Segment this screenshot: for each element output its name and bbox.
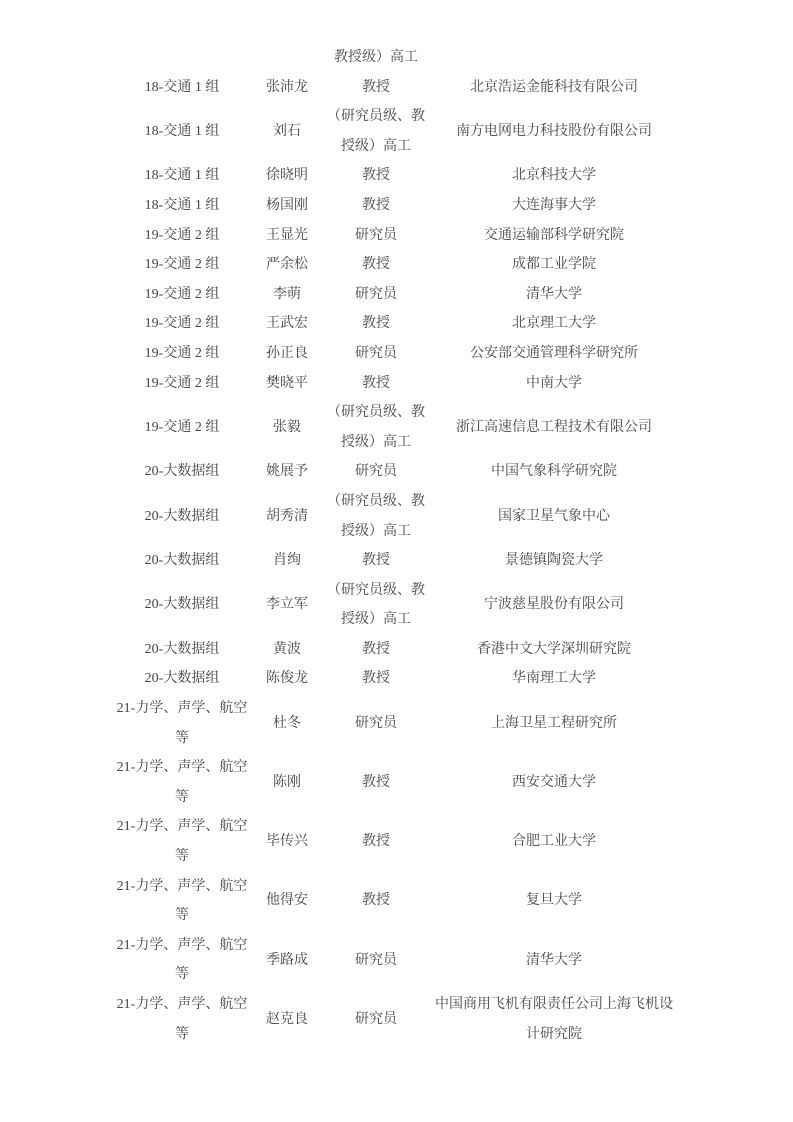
title-cell: 教授 (323, 635, 429, 665)
title-cell: 研究员 (323, 221, 429, 251)
name-cell: 陈俊龙 (251, 664, 323, 694)
org-cell: 中南大学 (429, 369, 679, 399)
org-cell: 华南理工大学 (429, 664, 679, 694)
org-cell: 西安交通大学 (429, 753, 679, 812)
table-row: 21-力学、声学、航空等季路成研究员清华大学 (113, 931, 679, 990)
document-page: 教授级）高工18-交通 1 组张沛龙教授北京浩运金能科技有限公司18-交通 1 … (0, 0, 793, 1122)
group-cell: 20-大数据组 (113, 664, 251, 694)
org-cell: 北京浩运金能科技有限公司 (429, 73, 679, 103)
title-cell: 研究员 (323, 339, 429, 369)
table-row: 18-交通 1 组刘石（研究员级、教授级）高工南方电网电力科技股份有限公司 (113, 102, 679, 161)
group-cell: 21-力学、声学、航空等 (113, 931, 251, 990)
title-cell: 研究员 (323, 457, 429, 487)
group-cell: 18-交通 1 组 (113, 102, 251, 161)
table-row: 20-大数据组陈俊龙教授华南理工大学 (113, 664, 679, 694)
org-cell: 交通运输部科学研究院 (429, 221, 679, 251)
name-cell: 孙正良 (251, 339, 323, 369)
group-cell: 20-大数据组 (113, 576, 251, 635)
group-cell: 21-力学、声学、航空等 (113, 872, 251, 931)
name-cell: 刘石 (251, 102, 323, 161)
title-cell: 教授级）高工 (323, 43, 429, 73)
table-row: 19-交通 2 组王武宏教授北京理工大学 (113, 309, 679, 339)
title-cell: 教授 (323, 812, 429, 871)
title-cell: 教授 (323, 161, 429, 191)
title-cell: （研究员级、教授级）高工 (323, 102, 429, 161)
name-cell: 胡秀清 (251, 487, 323, 546)
name-cell: 徐晓明 (251, 161, 323, 191)
title-cell: 研究员 (323, 280, 429, 310)
org-cell: 浙江高速信息工程技术有限公司 (429, 398, 679, 457)
title-cell: 教授 (323, 369, 429, 399)
table-row: 19-交通 2 组张毅（研究员级、教授级）高工浙江高速信息工程技术有限公司 (113, 398, 679, 457)
org-cell (429, 43, 679, 73)
group-cell: 19-交通 2 组 (113, 250, 251, 280)
group-cell: 20-大数据组 (113, 546, 251, 576)
title-cell: 研究员 (323, 990, 429, 1049)
expert-roster-table-body: 教授级）高工18-交通 1 组张沛龙教授北京浩运金能科技有限公司18-交通 1 … (113, 43, 679, 1049)
org-cell: 景德镇陶瓷大学 (429, 546, 679, 576)
name-cell: 姚展予 (251, 457, 323, 487)
table-row: 20-大数据组黄波教授香港中文大学深圳研究院 (113, 635, 679, 665)
carryover-row: 教授级）高工 (113, 43, 679, 73)
group-cell: 19-交通 2 组 (113, 339, 251, 369)
name-cell: 赵克良 (251, 990, 323, 1049)
group-cell: 19-交通 2 组 (113, 221, 251, 251)
title-cell: 教授 (323, 250, 429, 280)
group-cell: 21-力学、声学、航空等 (113, 990, 251, 1049)
table-row: 21-力学、声学、航空等他得安教授复旦大学 (113, 872, 679, 931)
title-cell: （研究员级、教授级）高工 (323, 487, 429, 546)
name-cell: 李立军 (251, 576, 323, 635)
group-cell: 18-交通 1 组 (113, 73, 251, 103)
name-cell: 他得安 (251, 872, 323, 931)
org-cell: 香港中文大学深圳研究院 (429, 635, 679, 665)
table-row: 19-交通 2 组樊晓平教授中南大学 (113, 369, 679, 399)
name-cell: 张毅 (251, 398, 323, 457)
title-cell: 教授 (323, 191, 429, 221)
group-cell: 19-交通 2 组 (113, 280, 251, 310)
table-row: 19-交通 2 组王显光研究员交通运输部科学研究院 (113, 221, 679, 251)
title-cell: （研究员级、教授级）高工 (323, 576, 429, 635)
org-cell: 中国商用飞机有限责任公司上海飞机设计研究院 (429, 990, 679, 1049)
group-cell (113, 43, 251, 73)
title-cell: 教授 (323, 309, 429, 339)
table-row: 20-大数据组胡秀清（研究员级、教授级）高工国家卫星气象中心 (113, 487, 679, 546)
name-cell: 黄波 (251, 635, 323, 665)
org-cell: 中国气象科学研究院 (429, 457, 679, 487)
title-cell: 教授 (323, 664, 429, 694)
group-cell: 20-大数据组 (113, 457, 251, 487)
name-cell: 陈刚 (251, 753, 323, 812)
group-cell: 20-大数据组 (113, 487, 251, 546)
name-cell: 樊晓平 (251, 369, 323, 399)
org-cell: 南方电网电力科技股份有限公司 (429, 102, 679, 161)
title-cell: 研究员 (323, 931, 429, 990)
group-cell: 21-力学、声学、航空等 (113, 812, 251, 871)
org-cell: 上海卫星工程研究所 (429, 694, 679, 753)
org-cell: 大连海事大学 (429, 191, 679, 221)
name-cell: 王武宏 (251, 309, 323, 339)
table-row: 21-力学、声学、航空等陈刚教授西安交通大学 (113, 753, 679, 812)
group-cell: 19-交通 2 组 (113, 369, 251, 399)
group-cell: 19-交通 2 组 (113, 398, 251, 457)
name-cell: 王显光 (251, 221, 323, 251)
org-cell: 合肥工业大学 (429, 812, 679, 871)
org-cell: 国家卫星气象中心 (429, 487, 679, 546)
name-cell: 张沛龙 (251, 73, 323, 103)
table-row: 18-交通 1 组杨国刚教授大连海事大学 (113, 191, 679, 221)
name-cell (251, 43, 323, 73)
title-cell: （研究员级、教授级）高工 (323, 398, 429, 457)
org-cell: 清华大学 (429, 931, 679, 990)
org-cell: 宁波慈星股份有限公司 (429, 576, 679, 635)
group-cell: 21-力学、声学、航空等 (113, 753, 251, 812)
expert-roster-table: 教授级）高工18-交通 1 组张沛龙教授北京浩运金能科技有限公司18-交通 1 … (113, 43, 679, 1049)
group-cell: 18-交通 1 组 (113, 191, 251, 221)
group-cell: 20-大数据组 (113, 635, 251, 665)
title-cell: 教授 (323, 872, 429, 931)
org-cell: 成都工业学院 (429, 250, 679, 280)
table-row: 20-大数据组李立军（研究员级、教授级）高工宁波慈星股份有限公司 (113, 576, 679, 635)
table-row: 19-交通 2 组李萌研究员清华大学 (113, 280, 679, 310)
table-row: 21-力学、声学、航空等毕传兴教授合肥工业大学 (113, 812, 679, 871)
name-cell: 肖绚 (251, 546, 323, 576)
group-cell: 18-交通 1 组 (113, 161, 251, 191)
table-row: 18-交通 1 组张沛龙教授北京浩运金能科技有限公司 (113, 73, 679, 103)
table-row: 20-大数据组姚展予研究员中国气象科学研究院 (113, 457, 679, 487)
org-cell: 北京科技大学 (429, 161, 679, 191)
title-cell: 教授 (323, 546, 429, 576)
table-row: 18-交通 1 组徐晓明教授北京科技大学 (113, 161, 679, 191)
name-cell: 杨国刚 (251, 191, 323, 221)
table-row: 20-大数据组肖绚教授景德镇陶瓷大学 (113, 546, 679, 576)
table-row: 19-交通 2 组严余松教授成都工业学院 (113, 250, 679, 280)
title-cell: 教授 (323, 753, 429, 812)
name-cell: 季路成 (251, 931, 323, 990)
group-cell: 21-力学、声学、航空等 (113, 694, 251, 753)
name-cell: 严余松 (251, 250, 323, 280)
org-cell: 清华大学 (429, 280, 679, 310)
org-cell: 公安部交通管理科学研究所 (429, 339, 679, 369)
name-cell: 杜冬 (251, 694, 323, 753)
table-row: 21-力学、声学、航空等赵克良研究员中国商用飞机有限责任公司上海飞机设计研究院 (113, 990, 679, 1049)
table-row: 21-力学、声学、航空等杜冬研究员上海卫星工程研究所 (113, 694, 679, 753)
org-cell: 北京理工大学 (429, 309, 679, 339)
name-cell: 李萌 (251, 280, 323, 310)
title-cell: 教授 (323, 73, 429, 103)
title-cell: 研究员 (323, 694, 429, 753)
name-cell: 毕传兴 (251, 812, 323, 871)
table-row: 19-交通 2 组孙正良研究员公安部交通管理科学研究所 (113, 339, 679, 369)
group-cell: 19-交通 2 组 (113, 309, 251, 339)
org-cell: 复旦大学 (429, 872, 679, 931)
